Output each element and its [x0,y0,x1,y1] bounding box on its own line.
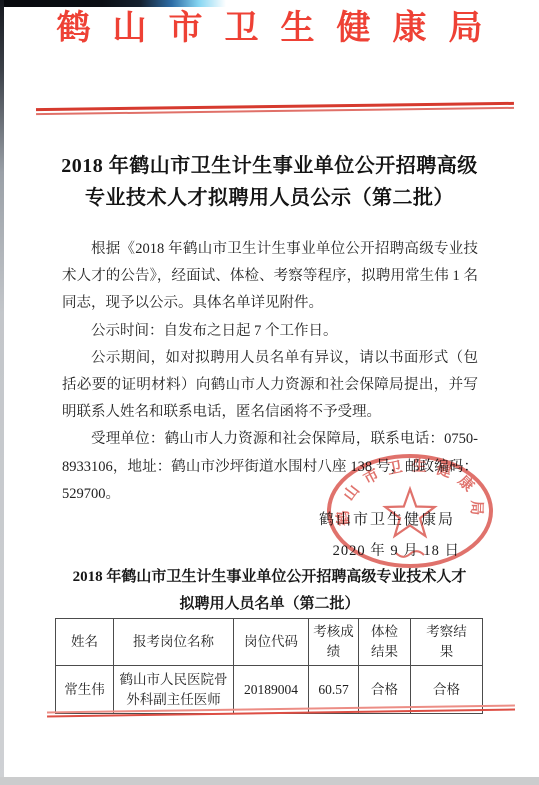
signature-date: 2020 年 9 月 18 日 [333,539,460,560]
attachment-title-line2: 拟聘用人员名单（第二批） [20,592,519,613]
column-header-inspection-result: 考察结果 [411,619,483,666]
letterhead-bureau-name: 鹤山市卫生健康局 [0,0,539,49]
scan-artifact-bottom [0,777,539,785]
hire-roster-table: 姓名 报考岗位名称 岗位代码 考核成绩 体检结果 考察结果 常生伟 鹤山市人民医… [55,618,483,714]
column-header-exam-score: 考核成绩 [309,619,359,666]
table-header-row: 姓名 报考岗位名称 岗位代码 考核成绩 体检结果 考察结果 [56,619,483,666]
document-page: 鹤山市卫生健康局 2018 年鹤山市卫生计生事业单位公开招聘高级 专业技术人才拟… [0,0,539,785]
column-header-name: 姓名 [56,619,114,666]
cell-name: 常生伟 [56,666,114,714]
column-header-position: 报考岗位名称 [114,619,234,666]
paragraph-accepting-unit: 受理单位：鹤山市人力资源和社会保障局，联系电话：0750-8933106，地址：… [62,426,478,508]
document-title-line1: 2018 年鹤山市卫生计生事业单位公开招聘高级 [28,153,511,179]
signature-bureau-name: 鹤山市卫生健康局 [319,508,455,529]
column-header-position-code: 岗位代码 [234,619,309,666]
document-body: 根据《2018 年鹤山市卫生计生事业单位公开招聘高级专业技术人才的公告》，经面试… [62,236,478,508]
paragraph-basis: 根据《2018 年鹤山市卫生计生事业单位公开招聘高级专业技术人才的公告》，经面试… [62,236,478,318]
column-header-physical-result: 体检结果 [359,619,411,666]
scan-artifact-left-edge [0,0,4,785]
cell-position: 鹤山市人民医院骨外科副主任医师 [114,666,234,714]
paragraph-objection-procedure: 公示期间，如对拟聘用人员名单有异议，请以书面形式（包括必要的证明材料）向鹤山市人… [62,345,478,427]
document-title-line2: 专业技术人才拟聘用人员公示（第二批） [28,185,511,211]
attachment-title-line1: 2018 年鹤山市卫生计生事业单位公开招聘高级专业技术人才 [20,565,519,586]
cell-position-code: 20189004 [234,666,309,714]
paragraph-publicity-period: 公示时间：自发布之日起 7 个工作日。 [62,318,478,345]
letterhead-divider [36,102,514,115]
